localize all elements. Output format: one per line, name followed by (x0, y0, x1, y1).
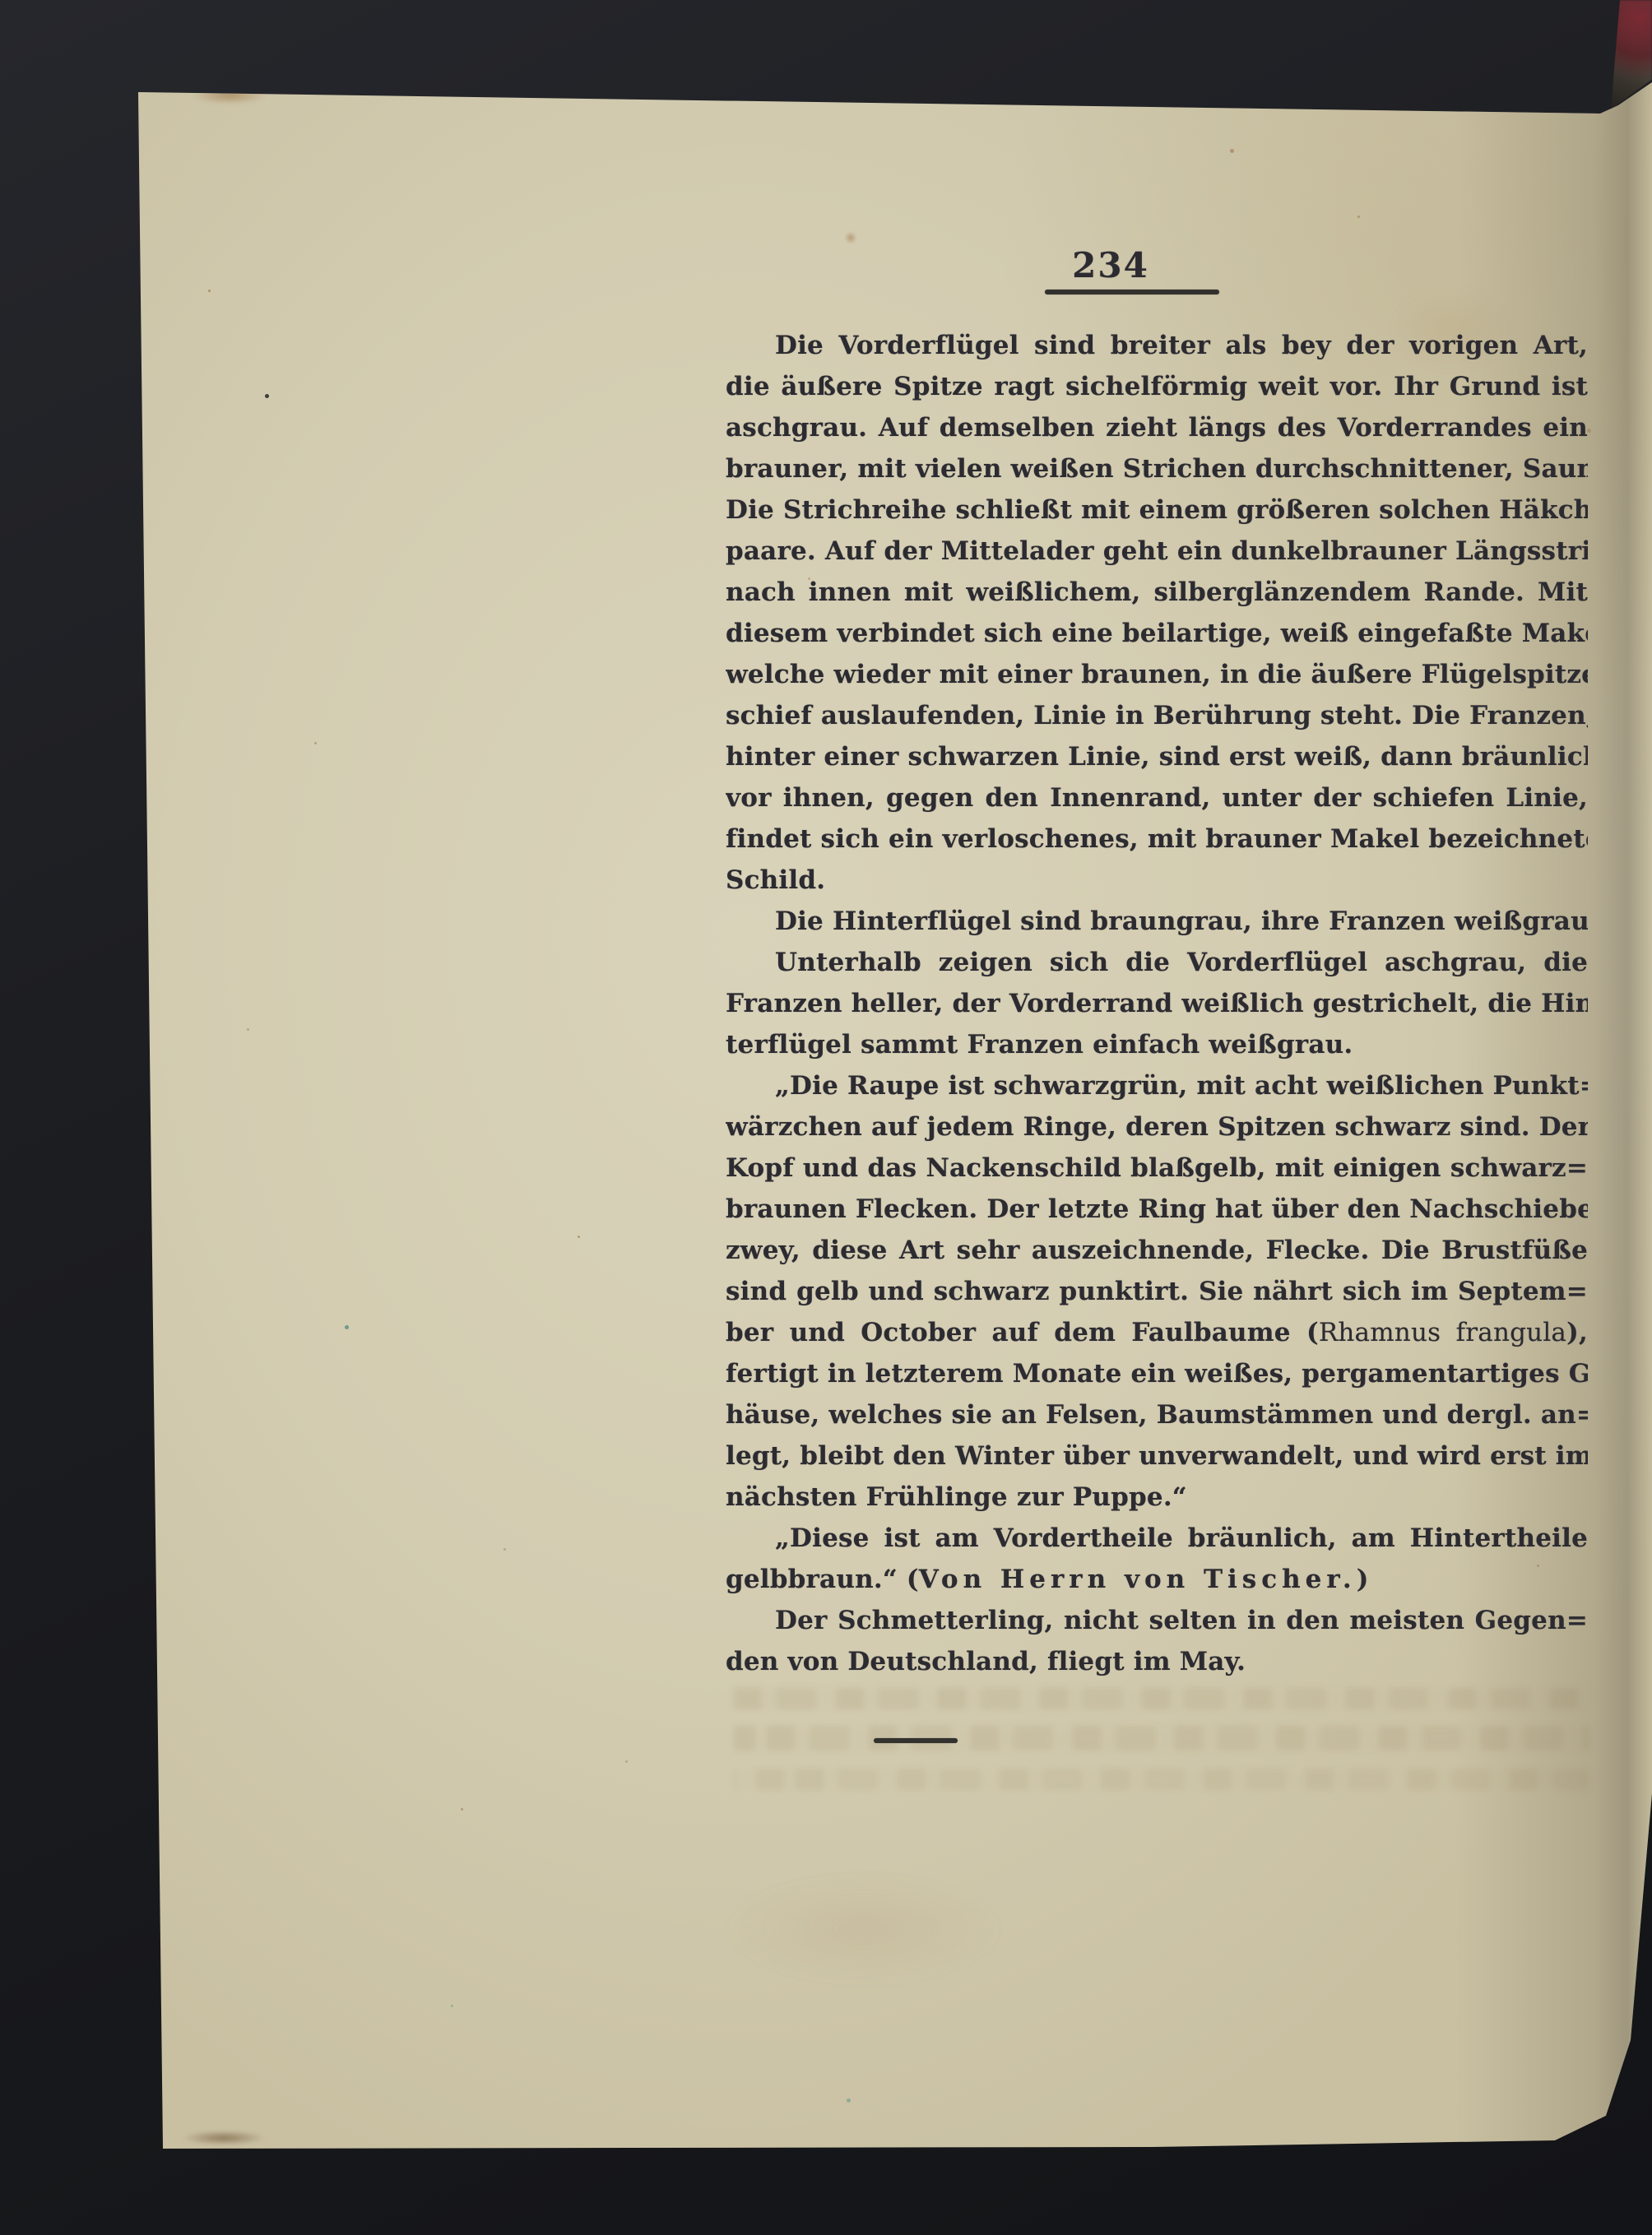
text-line: braunen Flecken. Der letzte Ring hat übe… (726, 1189, 1588, 1230)
page-number-rule (1045, 290, 1219, 294)
attribution-name: Von Herrn von Tischer. (919, 1565, 1357, 1594)
text-line: den von Deutschland, fliegt im May. (726, 1641, 1588, 1682)
paragraph: Die Hinterflügel sind braungrau, ihre Fr… (726, 901, 1588, 942)
text-line: Franzen heller, der Vorderrand weißlich … (726, 983, 1588, 1024)
text-line: vor ihnen, gegen den Innenrand, unter de… (726, 777, 1588, 818)
bleed-through-text (734, 1769, 1589, 1790)
text-line: findet sich ein verloschenes, mit braune… (726, 818, 1588, 860)
paragraph: „Diese ist am Vordertheile bräunlich, am… (726, 1518, 1588, 1600)
text-line: brauner, mit vielen weißen Strichen durc… (726, 448, 1588, 489)
paper-stain (192, 86, 267, 104)
paper-stain (183, 2131, 265, 2145)
text-line: zwey, diese Art sehr auszeichnende, Flec… (726, 1230, 1588, 1271)
text-line: Kopf und das Nackenschild blaßgelb, mit … (726, 1148, 1588, 1189)
scan-mat: 234 Die Vorderflügel sind breiter als be… (0, 0, 1652, 2235)
text-line: Die Strichreihe schließt mit einem größe… (726, 489, 1588, 531)
text-line: hinter einer schwarzen Linie, sind erst … (726, 736, 1588, 777)
text-line: fertigt in letzterem Monate ein weißes, … (726, 1353, 1588, 1394)
page-number: 234 (1012, 245, 1209, 285)
bleed-through-text (734, 1726, 1589, 1750)
paragraph: Der Schmetterling, nicht selten in den m… (726, 1600, 1588, 1682)
text-line: terflügel sammt Franzen einfach weißgrau… (726, 1024, 1588, 1065)
text-line: welche wieder mit einer braunen, in die … (726, 654, 1588, 695)
paper-stain (844, 232, 857, 243)
text-line: Der Schmetterling, nicht selten in den m… (726, 1600, 1588, 1641)
text-line: legt, bleibt den Winter über unverwandel… (726, 1435, 1588, 1477)
text-line: die äußere Spitze ragt sichelförmig weit… (726, 366, 1588, 407)
paragraph: „Die Raupe ist schwarzgrün, mit acht wei… (726, 1065, 1588, 1518)
text-line: „Die Raupe ist schwarzgrün, mit acht wei… (726, 1065, 1588, 1106)
text-line: schief auslaufenden, Linie in Berührung … (726, 695, 1588, 736)
text-line: Die Vorderflügel sind breiter als bey de… (726, 325, 1588, 366)
latin-species-name: Rhamnus frangula (1319, 1318, 1566, 1347)
text-line: Unterhalb zeigen sich die Vorderflügel a… (726, 942, 1588, 983)
bleed-through-text (734, 1688, 1589, 1709)
paper-stain (724, 1876, 1004, 1982)
text-line: nach innen mit weißlichem, silberglänzen… (726, 572, 1588, 613)
paper-specks (0, 0, 2, 2)
text-line: sind gelb und schwarz punktirt. Sie nähr… (726, 1271, 1588, 1312)
text-line: „Diese ist am Vordertheile bräunlich, am… (726, 1518, 1588, 1559)
paragraph: Die Vorderflügel sind breiter als bey de… (726, 325, 1588, 901)
text-line: nächsten Frühlinge zur Puppe.“ (726, 1477, 1588, 1518)
text-segment: ), (1566, 1318, 1588, 1347)
text-line: gelbbraun.“ (Von Herrn von Tischer.) (726, 1559, 1588, 1600)
text-line: ber und October auf dem Faulbaume (Rhamn… (726, 1312, 1588, 1353)
section-divider-rule (874, 1738, 958, 1743)
text-line: Schild. (726, 860, 1588, 901)
text-segment: ber und October auf dem Faulbaume ( (726, 1318, 1319, 1347)
text-line: wärzchen auf jedem Ringe, deren Spitzen … (726, 1106, 1588, 1148)
book-page: 234 Die Vorderflügel sind breiter als be… (0, 0, 1652, 2235)
text-line: diesem verbindet sich eine beilartige, w… (726, 613, 1588, 654)
text-line: paare. Auf der Mittelader geht ein dunke… (726, 531, 1588, 572)
text-line: häuse, welches sie an Felsen, Baumstämme… (726, 1394, 1588, 1435)
text-segment: gelbbraun.“ ( (726, 1565, 919, 1594)
text-line: aschgrau. Auf demselben zieht längs des … (726, 407, 1588, 448)
text-segment: ) (1357, 1565, 1369, 1594)
paragraph: Unterhalb zeigen sich die Vorderflügel a… (726, 942, 1588, 1065)
text-block: Die Vorderflügel sind breiter als bey de… (726, 325, 1588, 1682)
text-line: Die Hinterflügel sind braungrau, ihre Fr… (726, 901, 1588, 942)
